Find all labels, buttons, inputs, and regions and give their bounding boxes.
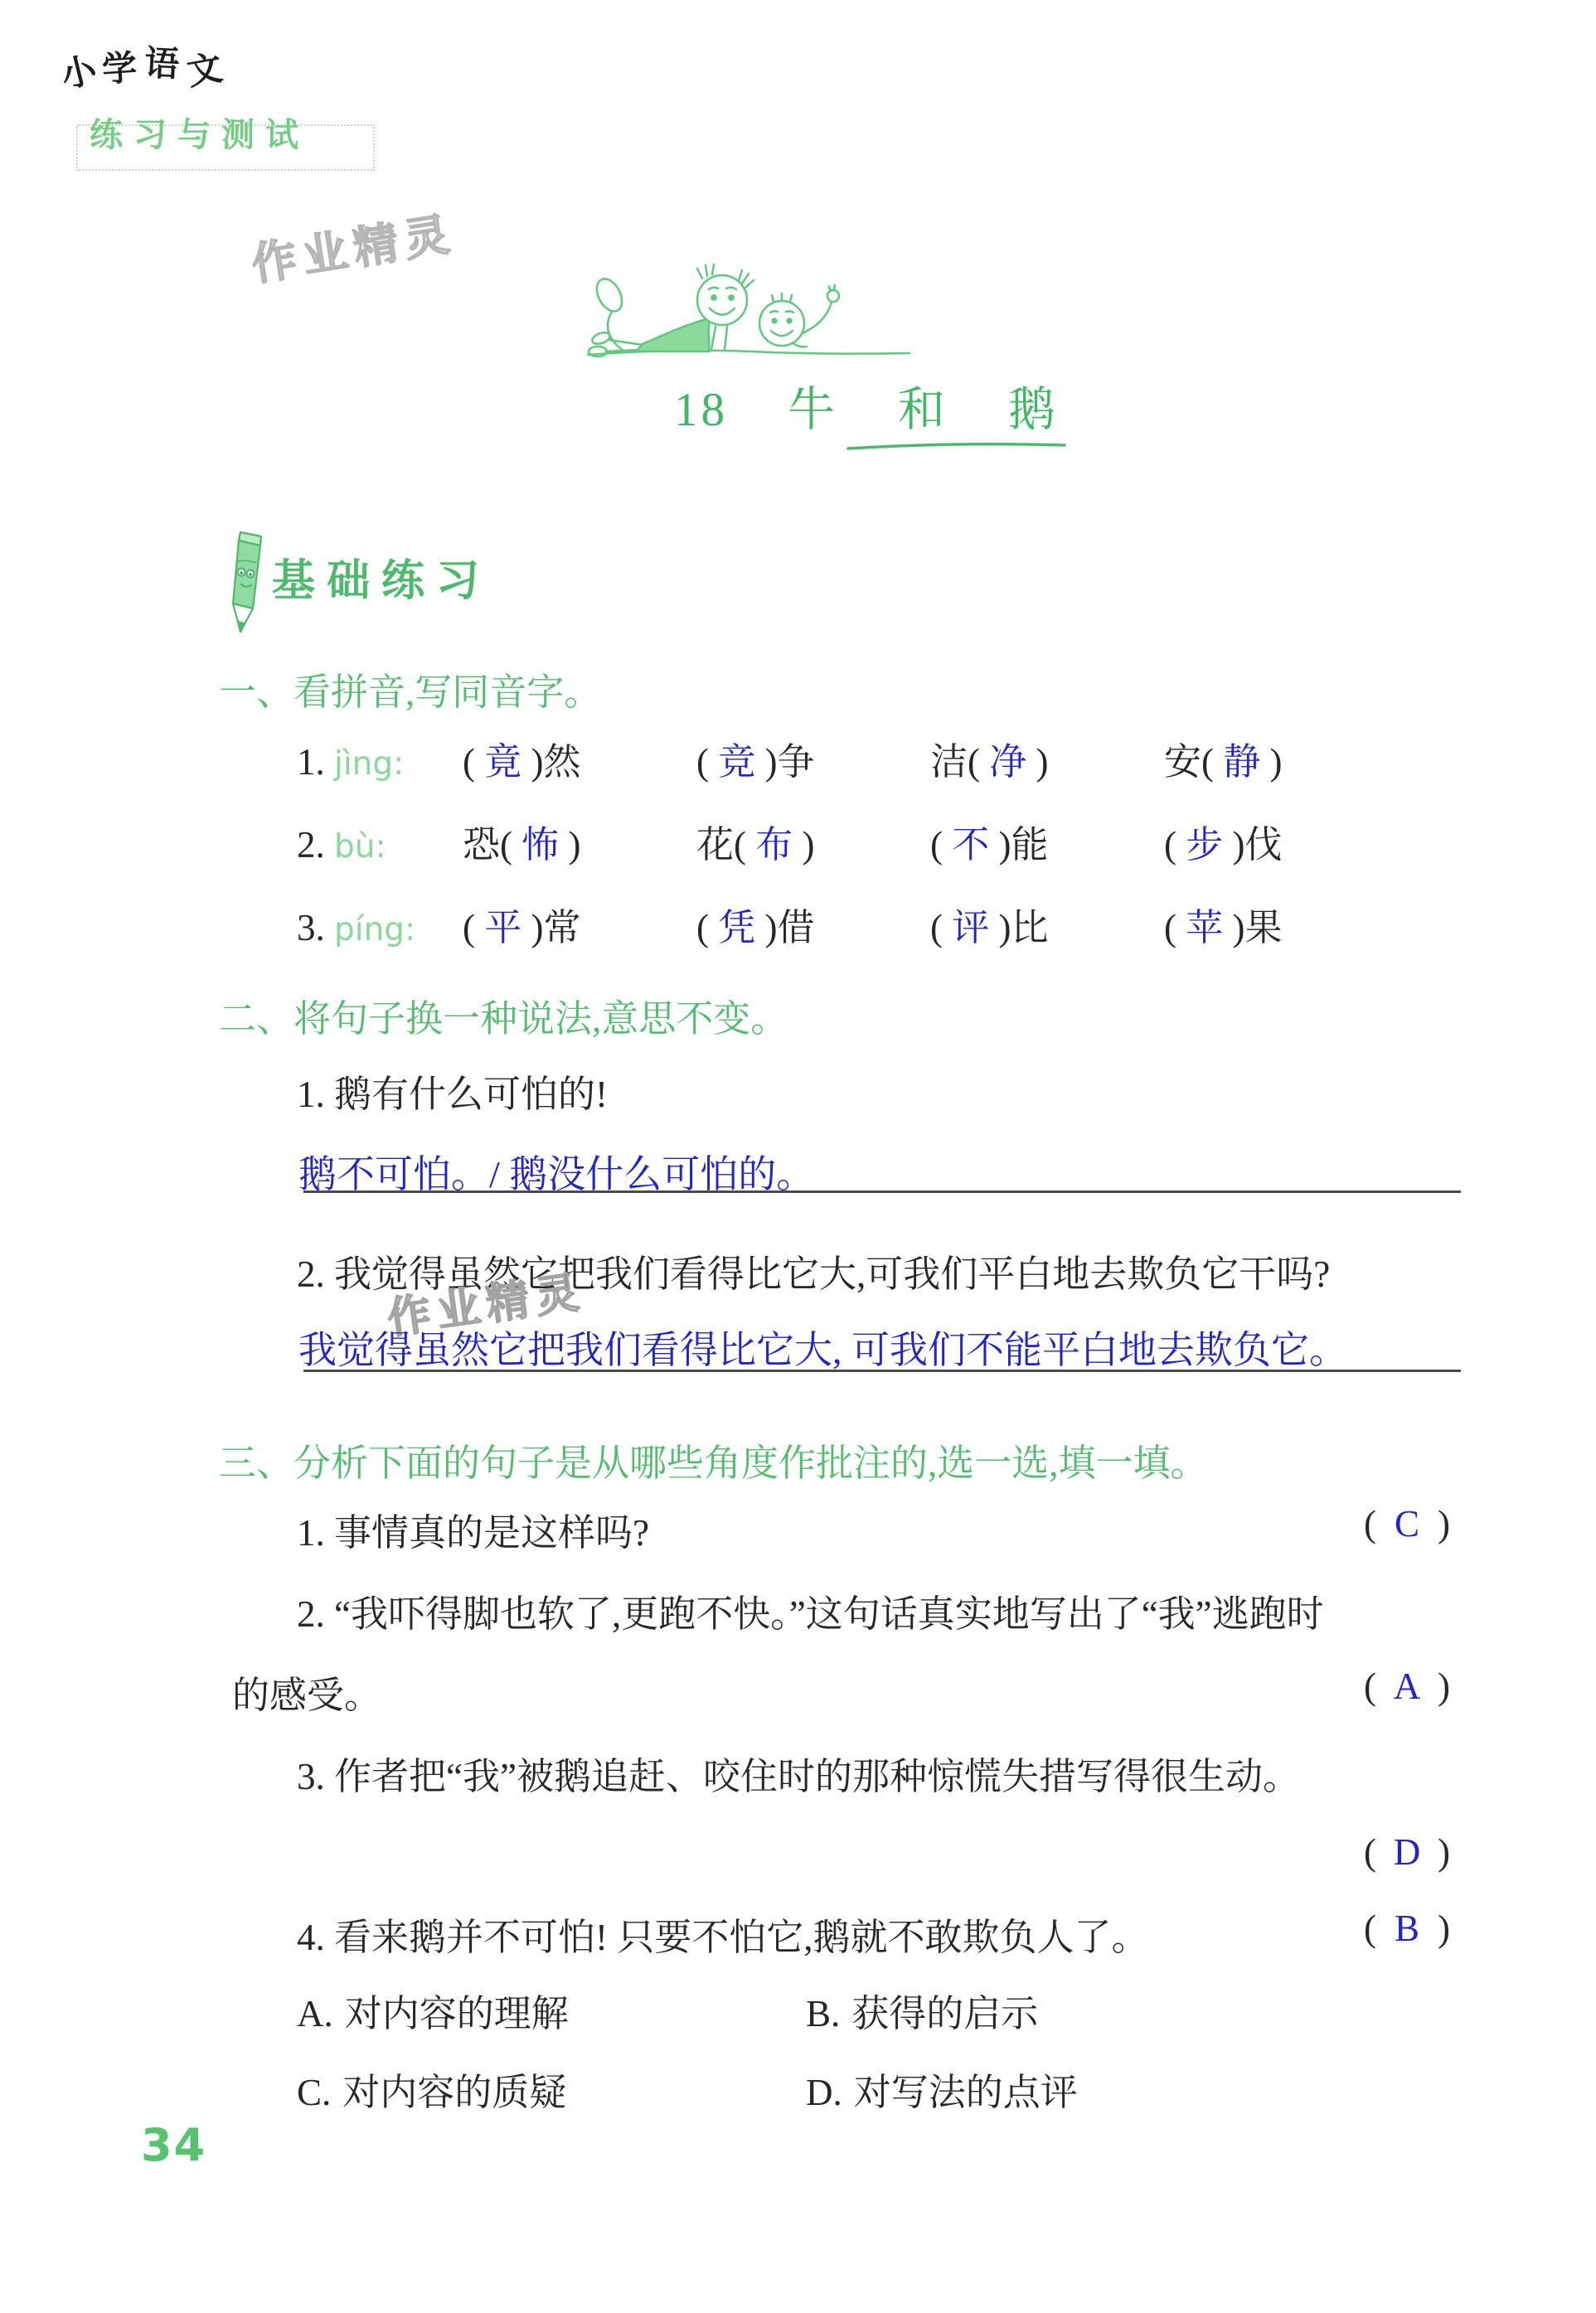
handwritten-answer-char: 评	[952, 907, 989, 948]
lesson-title: 18牛和鹅	[674, 371, 1118, 439]
brand-title-char: 小	[56, 42, 101, 99]
ex3-header: 三、分析下面的句子是从哪些角度作批注的,选一选,填一填。	[219, 1433, 1208, 1486]
brand-title: 小学语文	[60, 41, 229, 91]
printed-text: 恐(	[463, 824, 521, 866]
ex3-answer-3: (D)	[1364, 1831, 1450, 1874]
printed-text: )伐	[1223, 824, 1282, 866]
paren-open: (	[1364, 1831, 1376, 1873]
ex3-answer-4: (B)	[1364, 1907, 1450, 1950]
printed-text: )借	[755, 907, 814, 948]
answer-rule-2	[303, 1370, 1461, 1372]
printed-text: 3.	[297, 907, 334, 948]
option-a: A.对内容的理解	[297, 1983, 569, 2037]
option-b-text: 获得的启示	[851, 1993, 1038, 2034]
option-c: C.对内容的质疑	[297, 2062, 566, 2116]
handwritten-answer-char: 布	[755, 824, 793, 866]
handwritten-answer-char: 净	[989, 741, 1026, 783]
row-prefix: 3. píng:	[297, 906, 463, 949]
answer-rule-1	[303, 1190, 1461, 1193]
lesson-number: 18	[674, 384, 728, 436]
brand-subtitle: 练习与测试	[90, 109, 309, 156]
ex3-item-4: 4. 看来鹅并不可怕! 只要不怕它,鹅就不敢欺负人了。	[297, 1907, 1149, 1961]
row-prefix: 1. jìng:	[297, 740, 463, 783]
ex1-row-1: 1. jìng:( 竟 )然( 竞 )争洁( 净 )安( 静 )	[297, 731, 1283, 785]
ex2-question-1: 1. 鹅有什么可怕的!	[297, 1064, 608, 1118]
paren-close: )	[1438, 1831, 1450, 1873]
kids-illustration	[585, 262, 916, 386]
answer-letter: D	[1393, 1831, 1421, 1874]
handwritten-answer-char: 竞	[718, 741, 755, 783]
homophone-group: ( 竞 )争	[696, 731, 930, 785]
printed-text: )	[1260, 741, 1282, 783]
ex3-item-3: 3. 作者把“我”被鹅追赶、咬住时的那种惊慌失措写得很生动。	[297, 1746, 1300, 1800]
printed-text: (	[1164, 907, 1186, 948]
ex2-answer-2: 我觉得虽然它把我们看得比它大, 可我们不能平白地去欺负它。	[298, 1320, 1347, 1375]
pinyin-text: jìng:	[334, 745, 404, 783]
brand-title-char: 学	[100, 41, 138, 93]
ex3-item-2-line2: 的感受。	[232, 1665, 381, 1719]
printed-text: )	[1026, 741, 1048, 783]
homophone-group: ( 苹 )果	[1164, 897, 1283, 951]
paren-open: (	[1364, 1503, 1376, 1544]
homophone-group: ( 评 )比	[930, 897, 1164, 951]
homophone-group: ( 不 )能	[930, 814, 1164, 868]
printed-text: (	[930, 824, 952, 866]
option-b-label: B.	[806, 1993, 840, 2034]
answer-letter: A	[1393, 1665, 1421, 1708]
option-c-text: 对内容的质疑	[342, 2072, 566, 2113]
printed-text: )	[793, 824, 814, 866]
pinyin-text: bù:	[334, 828, 386, 866]
printed-text: (	[1164, 824, 1186, 866]
option-b: B.获得的启示	[806, 1983, 1038, 2037]
kids-illustration-drawing	[585, 262, 916, 386]
homophone-group: 洁( 净 )	[930, 731, 1164, 785]
brand-title-char: 语	[143, 36, 181, 87]
paren-close: )	[1438, 1908, 1450, 1949]
printed-text: (	[696, 907, 718, 948]
printed-text: 安(	[1164, 741, 1223, 783]
ex3-answer-2: (A)	[1364, 1665, 1450, 1708]
handwritten-answer-char: 凭	[718, 907, 755, 948]
homophone-group: 恐( 怖 )	[463, 814, 696, 868]
printed-text: (	[696, 741, 718, 783]
section-header: 基础练习	[272, 546, 491, 608]
ex3-item-1: 1. 事情真的是这样吗?	[297, 1502, 649, 1556]
printed-text: 2.	[297, 824, 334, 866]
paren-close: )	[1438, 1503, 1450, 1544]
pinyin-text: píng:	[334, 911, 415, 948]
option-c-label: C.	[297, 2072, 331, 2113]
homophone-group: ( 平 )常	[463, 897, 696, 951]
printed-text: 1.	[297, 741, 334, 783]
printed-text: )果	[1223, 907, 1282, 948]
paren-close: )	[1438, 1666, 1450, 1707]
printed-text: 洁(	[930, 741, 989, 783]
ex1-row-2: 2. bù:恐( 怖 )花( 布 )( 不 )能( 步 )伐	[297, 814, 1283, 868]
lesson-name: 牛和鹅	[788, 384, 1118, 436]
lesson-title-underline	[846, 439, 1068, 453]
homophone-group: 花( 布 )	[696, 814, 930, 868]
watermark-text: 作业精灵	[247, 198, 460, 293]
option-a-label: A.	[297, 1993, 333, 2034]
handwritten-answer-char: 静	[1223, 741, 1260, 783]
handwritten-answer-char: 步	[1186, 824, 1223, 866]
row-prefix: 2. bù:	[297, 823, 463, 866]
printed-text: )常	[521, 907, 580, 948]
option-d: D.对写法的点评	[806, 2062, 1078, 2116]
handwritten-answer-char: 怖	[521, 824, 559, 866]
printed-text: )	[559, 824, 580, 866]
ex3-answer-1: (C)	[1364, 1502, 1450, 1545]
handwritten-answer-char: 平	[484, 907, 521, 948]
page-number: 34	[141, 2119, 206, 2171]
ex3-item-2-line1: 2. “我吓得脚也软了,更跑不快。”这句话真实地写出了“我”逃跑时	[297, 1583, 1324, 1637]
printed-text: (	[463, 741, 484, 783]
option-a-text: 对内容的理解	[345, 1993, 569, 2034]
option-d-text: 对写法的点评	[854, 2072, 1078, 2113]
paren-open: (	[1364, 1908, 1376, 1949]
printed-text: (	[463, 907, 484, 948]
ex2-header: 二、将句子换一种说法,意思不变。	[219, 988, 788, 1042]
brand-title-char: 文	[183, 41, 226, 95]
homophone-group: ( 竟 )然	[463, 731, 696, 785]
ex1-header: 一、看拼音,写同音字。	[219, 662, 601, 715]
ex1-row-3: 3. píng:( 平 )常( 凭 )借( 评 )比( 苹 )果	[297, 897, 1283, 951]
printed-text: )比	[989, 907, 1048, 948]
printed-text: (	[930, 907, 952, 948]
printed-text: )然	[521, 741, 580, 783]
homophone-group: ( 凭 )借	[696, 897, 930, 951]
handwritten-answer-char: 苹	[1186, 907, 1223, 948]
option-d-label: D.	[806, 2072, 842, 2113]
handwritten-answer-char: 竟	[484, 741, 521, 783]
printed-text: )争	[755, 741, 814, 783]
homophone-group: ( 步 )伐	[1164, 814, 1283, 868]
pencil-icon	[219, 529, 272, 637]
workbook-page: { "brand": { "title": "小学语文", "subtitle"…	[0, 0, 1596, 2313]
homophone-group: 安( 静 )	[1164, 731, 1283, 785]
printed-text: )能	[989, 824, 1048, 866]
handwritten-answer-char: 不	[952, 824, 989, 866]
answer-letter: C	[1393, 1502, 1421, 1545]
paren-open: (	[1364, 1666, 1376, 1707]
printed-text: 花(	[696, 824, 755, 866]
answer-letter: B	[1393, 1907, 1421, 1950]
